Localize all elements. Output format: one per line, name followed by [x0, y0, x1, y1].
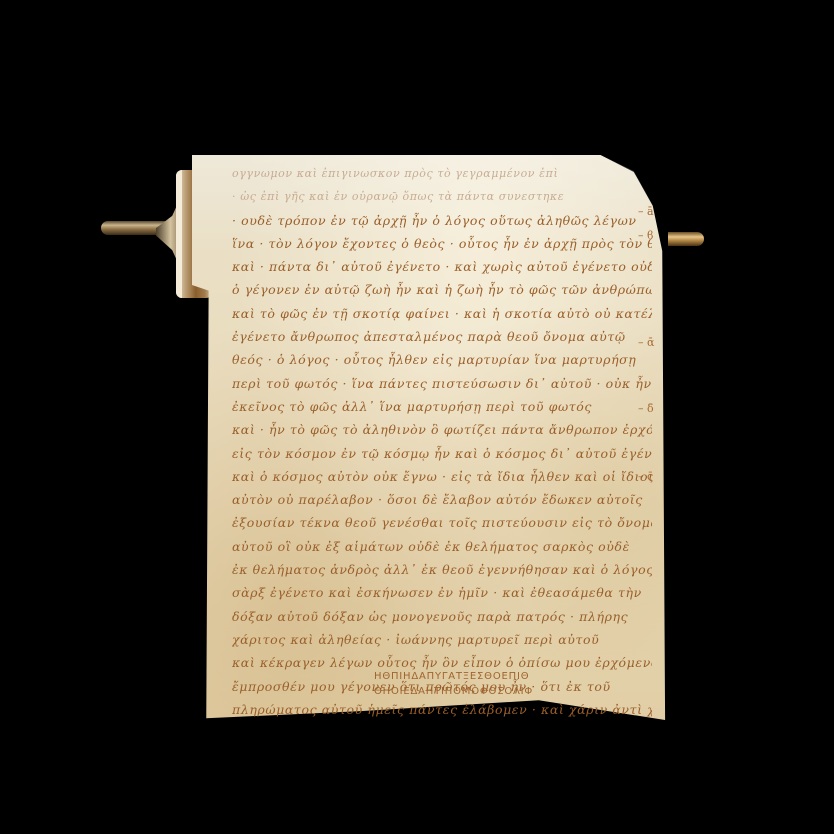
- text-line: · ουδὲ τρόπον ἐν τῷ ἀρχῇ ἦν ὁ λόγος οὕτω…: [232, 209, 652, 232]
- text-line: πληρώματος αὐτοῦ ἡμεῖς πάντες ἐλάβομεν ·…: [232, 698, 652, 721]
- roller-rod-right: [668, 232, 704, 246]
- text-line: καὶ τὸ φῶς ἐν τῇ σκοτίᾳ φαίνει · καὶ ἡ σ…: [232, 302, 652, 325]
- text-line: ἐκ θελήματος ἀνδρὸς ἀλλ᾽ ἐκ θεοῦ ἐγεννήθ…: [232, 558, 652, 581]
- text-line: ἐξουσίαν τέκνα θεοῦ γενέσθαι τοῖς πιστεύ…: [232, 511, 652, 534]
- margin-numeral: – ς̄: [638, 470, 653, 483]
- margin-numeral: – ā: [638, 205, 654, 218]
- text-line: εἰς τὸν κόσμον ἐν τῷ κόσμῳ ἦν καὶ ὁ κόσμ…: [232, 442, 652, 465]
- text-line: ἵνα · τὸν λόγον ἔχοντες ὁ θεὸς · οὗτος ἦ…: [232, 232, 652, 255]
- text-line: καὶ ὁ κόσμος αὐτὸν οὐκ ἔγνω · εἰς τὰ ἴδι…: [232, 465, 652, 488]
- margin-numeral: – ᾱ: [638, 336, 654, 349]
- margin-numeral: – δ̄: [638, 402, 654, 415]
- colophon-line: ΗΘΠΙΗΔΑΠΥΓΑΤΞΕΣΘΟΕΠΙΘ: [374, 669, 554, 684]
- manuscript-text: ογγνωμον καὶ ἐπιγινωσκον πρὸς τὸ γεγραμμ…: [232, 162, 652, 721]
- text-line: περὶ τοῦ φωτός · ἵνα πάντες πιστεύσωσιν …: [232, 372, 652, 395]
- text-line: ἐκεῖνος τὸ φῶς ἀλλ᾽ ἵνα μαρτυρήσῃ περὶ τ…: [232, 395, 652, 418]
- text-line: αὐτὸν οὐ παρέλαβον · ὅσοι δὲ ἔλαβον αὐτό…: [232, 488, 652, 511]
- text-line: χάριτος καὶ ἀληθείας · ἰωάννης μαρτυρεῖ …: [232, 628, 652, 651]
- colophon-line: ΘΗΟΙΕΔΑΗΤΙΠΟΜΟΦΟΣΟΛΙΦ: [374, 684, 554, 699]
- text-line: καὶ · ἦν τὸ φῶς τὸ ἀληθινὸν ὃ φωτίζει πά…: [232, 418, 652, 441]
- text-line: δόξαν αὐτοῦ δόξαν ὡς μονογενοῦς παρὰ πατ…: [232, 605, 652, 628]
- text-line: αὐτοῦ οἳ οὐκ ἐξ αἱμάτων οὐδὲ ἐκ θελήματο…: [232, 535, 652, 558]
- colophon: ΗΘΠΙΗΔΑΠΥΓΑΤΞΕΣΘΟΕΠΙΘ ΘΗΟΙΕΔΑΗΤΙΠΟΜΟΦΟΣΟ…: [374, 669, 554, 699]
- scroll-scene: ογγνωμον καὶ ἐπιγινωσκον πρὸς τὸ γεγραμμ…: [0, 0, 834, 834]
- text-line: · ὡς ἐπὶ γῆς καὶ ἐν οὐρανῷ ὅπως τὰ πάντα…: [232, 185, 652, 208]
- text-line: θεός · ὁ λόγος · οὗτος ἦλθεν εἰς μαρτυρί…: [232, 348, 652, 371]
- text-line: ογγνωμον καὶ ἐπιγινωσκον πρὸς τὸ γεγραμμ…: [232, 162, 652, 185]
- text-line: καὶ · πάντα δι᾽ αὐτοῦ ἐγένετο · καὶ χωρὶ…: [232, 255, 652, 278]
- margin-numeral: – ϐ: [638, 229, 653, 242]
- text-line: ἐγένετο ἄνθρωπος ἀπεσταλμένος παρὰ θεοῦ …: [232, 325, 652, 348]
- text-line: σὰρξ ἐγένετο καὶ ἐσκήνωσεν ἐν ἡμῖν · καὶ…: [232, 581, 652, 604]
- text-line: ὁ γέγονεν ἐν αὐτῷ ζωὴ ἦν καὶ ἡ ζωὴ ἦν τὸ…: [232, 278, 652, 301]
